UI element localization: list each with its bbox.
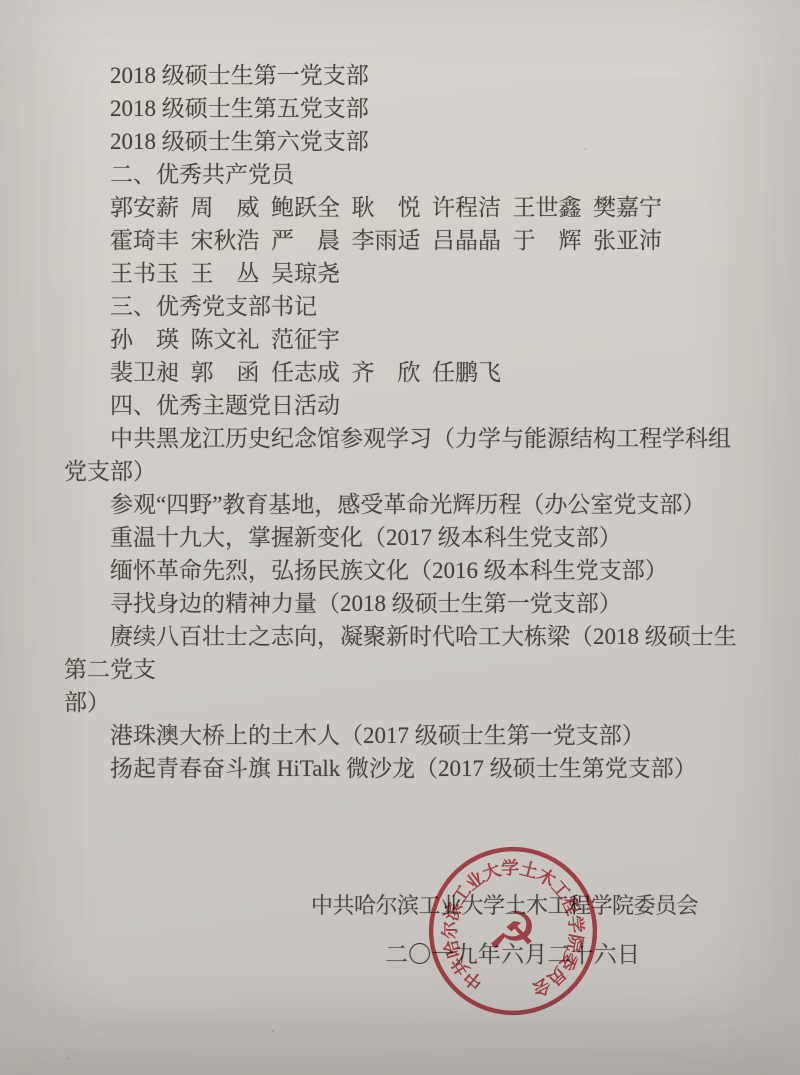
section-heading-outstanding-secretaries: 三、优秀党支部书记	[64, 290, 744, 323]
activity-line: 缅怀革命先烈，弘扬民族文化（2016 级本科生党支部）	[64, 554, 744, 587]
svg-text:学: 学	[501, 857, 520, 879]
official-seal: 中共哈尔滨工业大学土木工程学院委员会 ☭	[412, 830, 613, 1031]
party-branch-line: 2018 级硕士生第一党支部	[64, 59, 744, 92]
secretary-names-row: 裴卫昶 郭 函 任志成 齐 欣 任鹏飞	[64, 356, 744, 389]
activity-line: 赓续八百壮士之志向，凝聚新时代哈工大栋梁（2018 级硕士生第二党支 部）	[64, 620, 744, 719]
party-branch-line: 2018 级硕士生第五党支部	[64, 92, 744, 125]
activity-line: 寻找身边的精神力量（2018 级硕士生第一党支部）	[64, 587, 744, 620]
activity-line: 重温十九大，掌握新变化（2017 级本科生党支部）	[64, 521, 744, 554]
document-body: 2018 级硕士生第一党支部 2018 级硕士生第五党支部 2018 级硕士生第…	[64, 59, 744, 785]
activity-line: 港珠澳大桥上的土木人（2017 级硕士生第一党支部）	[64, 719, 744, 752]
svg-text:学: 学	[565, 914, 588, 934]
member-names-row: 王书玉 王 丛 吴琼尧	[64, 257, 744, 290]
member-names-row: 霍琦丰 宋秋浩 严 晨 李雨适 吕晶晶 于 辉 张亚沛	[64, 224, 744, 257]
section-heading-theme-activities: 四、优秀主题党日活动	[64, 389, 744, 422]
svg-text:尔: 尔	[439, 921, 460, 939]
member-names-row: 郭安薪 周 威 鲍跃全 耿 悦 许程洁 王世鑫 樊嘉宁	[64, 191, 744, 224]
activity-line: 中共黑龙江历史纪念馆参观学习（力学与能源结构工程学科组党支部）	[64, 422, 744, 488]
secretary-names-row: 孙 瑛 陈文礼 范征宇	[64, 323, 744, 356]
section-heading-outstanding-members: 二、优秀共产党员	[64, 158, 744, 191]
party-branch-line: 2018 级硕士生第六党支部	[64, 125, 744, 158]
activity-line: 参观“四野”教育基地，感受革命光辉历程（办公室党支部）	[64, 488, 744, 521]
scanned-document-page: 2018 级硕士生第一党支部 2018 级硕士生第五党支部 2018 级硕士生第…	[0, 0, 800, 1075]
activity-line: 扬起青春奋斗旗 HiTalk 微沙龙（2017 级硕士生第党支部）	[64, 752, 744, 785]
hammer-sickle-icon: ☭	[484, 897, 542, 967]
